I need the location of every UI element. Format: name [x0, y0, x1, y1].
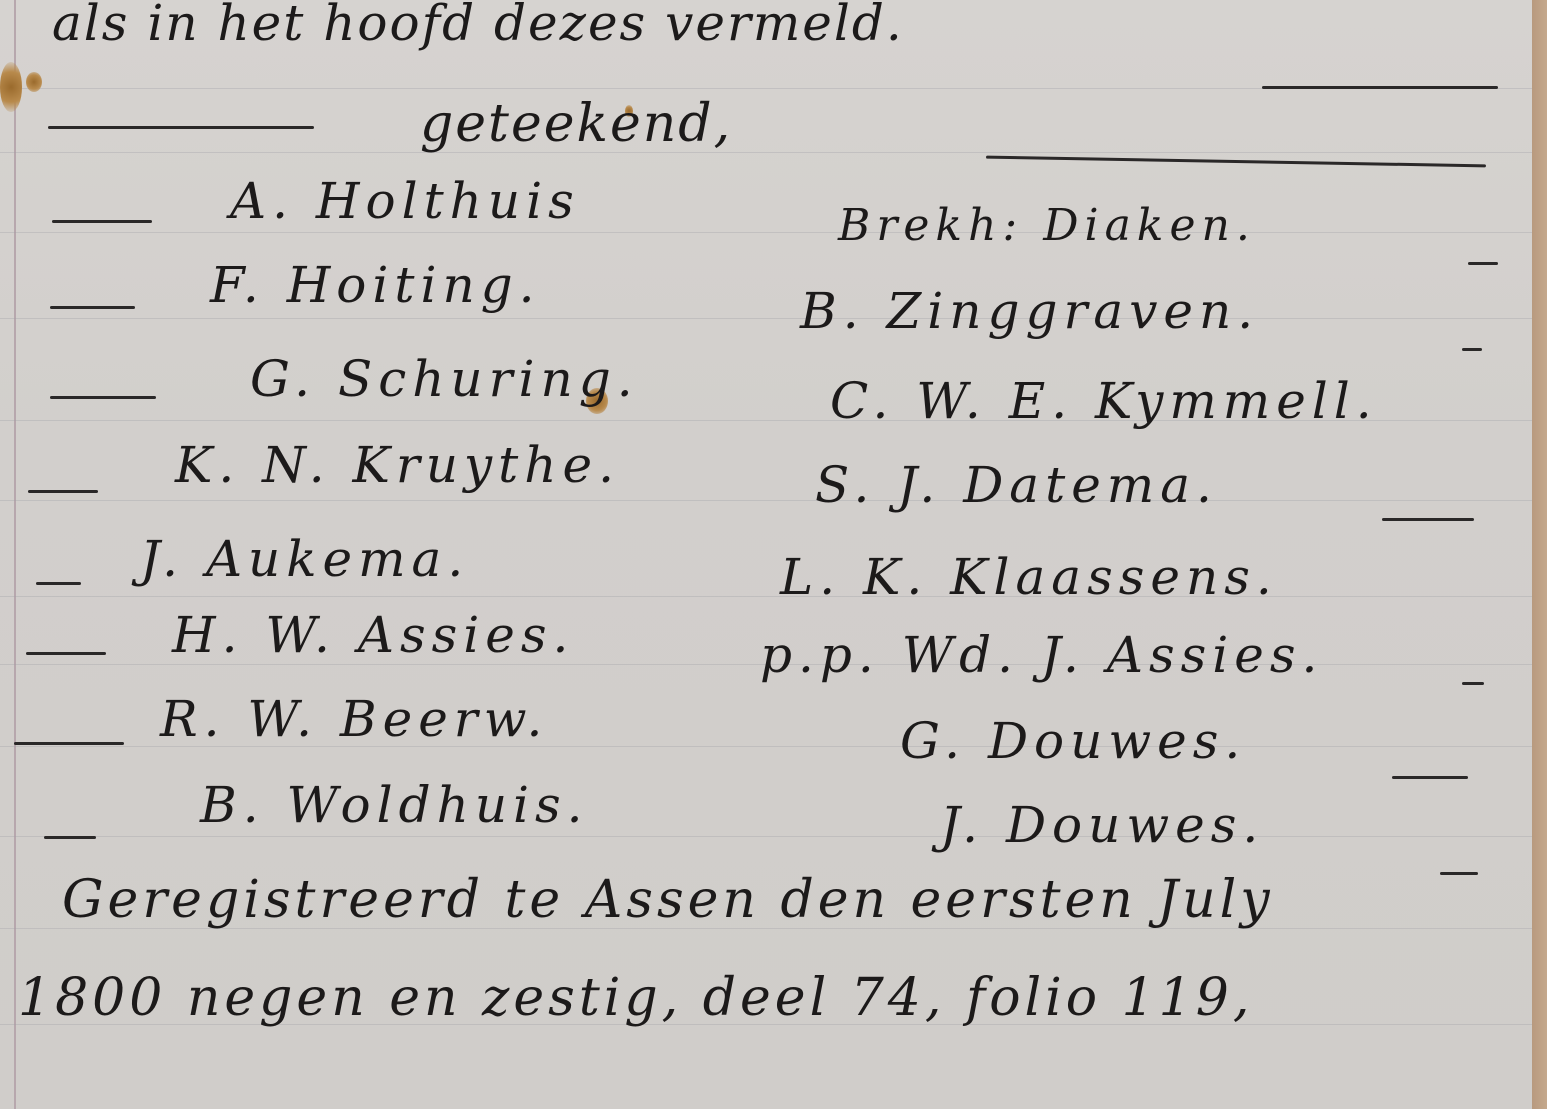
ruled-line — [0, 232, 1532, 233]
signature-right-2: B. Zinggraven. — [800, 282, 1259, 340]
dash — [1262, 86, 1498, 89]
document-photo: als in het hoofd dezes vermeld. geteeken… — [0, 0, 1532, 1109]
signature-right-4: S. J. Datema. — [815, 456, 1218, 514]
signature-left-5: J. Aukema. — [140, 530, 469, 588]
signature-left-6: H. W. Assies. — [172, 606, 574, 664]
ruled-line — [0, 836, 1532, 837]
ruled-line — [0, 596, 1532, 597]
dash — [1462, 348, 1482, 351]
dash — [14, 742, 124, 745]
signature-left-4: K. N. Kruythe. — [175, 436, 620, 494]
dash — [50, 306, 135, 309]
signature-right-5: L. K. Klaassens. — [780, 548, 1278, 606]
ruled-line — [0, 500, 1532, 501]
signature-right-6: p.p. Wd. J. Assies. — [760, 626, 1323, 684]
dash — [28, 490, 98, 493]
dash — [1440, 872, 1478, 875]
dash — [44, 836, 96, 839]
dash — [50, 396, 156, 399]
registration-line-2: 1800 negen en zestig, deel 74, folio 119… — [18, 968, 1253, 1028]
dash — [986, 156, 1486, 168]
ruled-line — [0, 152, 1532, 153]
signature-left-2: F. Hoiting. — [210, 256, 541, 314]
dash — [26, 652, 106, 655]
dash — [48, 126, 314, 129]
signature-right-1: Brekh: Diaken. — [838, 200, 1256, 251]
stain — [26, 72, 42, 92]
registration-line-1: Geregistreerd te Assen den eersten July — [62, 870, 1274, 930]
page-edge — [1532, 0, 1547, 1109]
stain — [0, 62, 22, 112]
intro-text: als in het hoofd dezes vermeld. — [52, 0, 904, 52]
signature-left-7: R. W. Beerw. — [160, 690, 548, 748]
signature-left-1: A. Holthuis — [230, 172, 580, 230]
dash — [1382, 518, 1474, 521]
dash — [1392, 776, 1468, 779]
signature-right-7: G. Douwes. — [900, 712, 1246, 770]
ruled-line — [0, 318, 1532, 319]
signature-right-8: J. Douwes. — [940, 796, 1264, 854]
signed-label: geteekend, — [420, 94, 732, 154]
dash — [1462, 682, 1484, 685]
signature-right-3: C. W. E. Kymmell. — [830, 372, 1378, 430]
dash — [52, 220, 152, 223]
dash — [1468, 262, 1498, 265]
signature-left-8: B. Woldhuis. — [200, 776, 589, 834]
signature-left-3: G. Schuring. — [250, 350, 639, 408]
dash — [36, 582, 81, 585]
margin-line — [14, 0, 16, 1109]
